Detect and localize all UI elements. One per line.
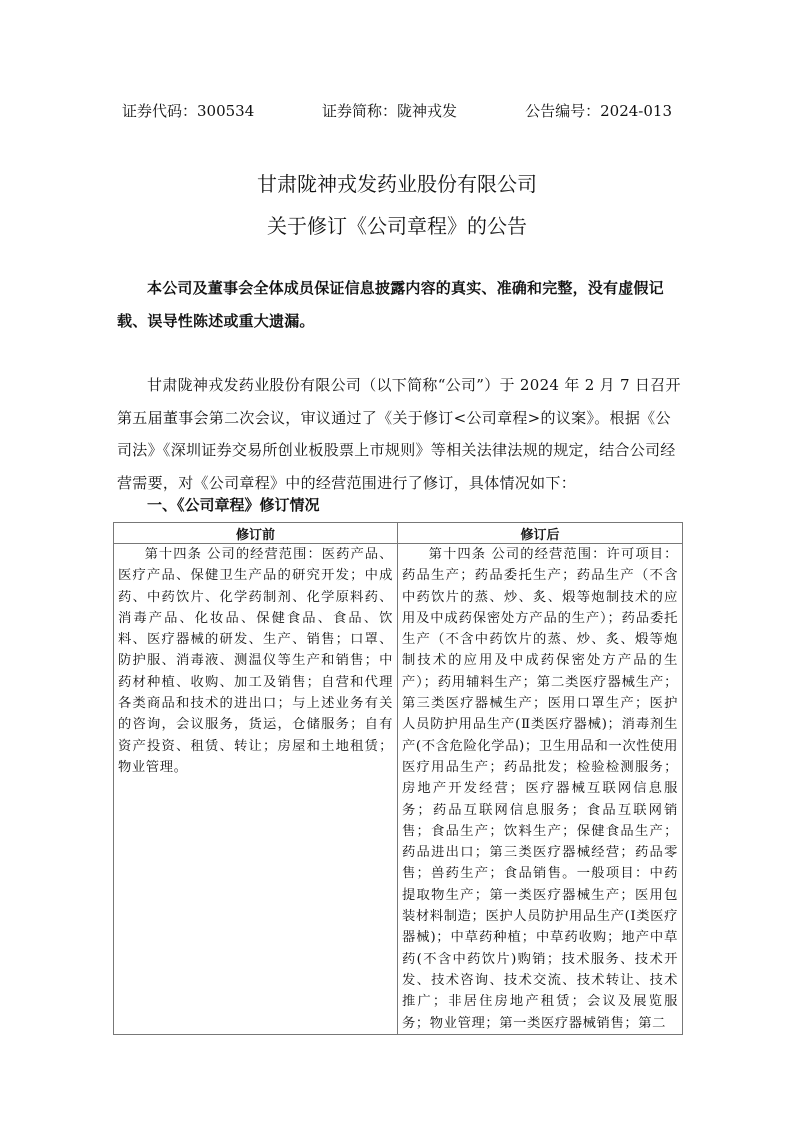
security-short-name: 证券简称：陇神戎发 bbox=[322, 100, 457, 121]
table-row: 第十四条 公司的经营范围：医药产品、医疗产品、保健卫生产品的研究开发；中成药、中… bbox=[114, 544, 683, 1035]
cell-after: 第十四条 公司的经营范围：许可项目：药品生产；药品委托生产；药品生产（不含中药饮… bbox=[398, 544, 683, 1035]
revision-table: 修订前 修订后 第十四条 公司的经营范围：医药产品、医疗产品、保健卫生产品的研究… bbox=[113, 522, 683, 1035]
board-notice: 本公司及董事会全体成员保证信息披露内容的真实、准确和完整，没有虚假记载、误导性陈… bbox=[117, 272, 683, 337]
table-header-row: 修订前 修订后 bbox=[114, 523, 683, 544]
before-text: 第十四条 公司的经营范围：医药产品、医疗产品、保健卫生产品的研究开发；中成药、中… bbox=[118, 544, 393, 778]
section-heading: 一、《公司章程》修订情况 bbox=[147, 494, 320, 515]
after-text: 第十四条 公司的经营范围：许可项目：药品生产；药品委托生产；药品生产（不含中药饮… bbox=[402, 544, 678, 1034]
announcement-title: 关于修订《公司章程》的公告 bbox=[0, 210, 794, 239]
header-after: 修订后 bbox=[398, 523, 683, 544]
header-before: 修订前 bbox=[114, 523, 398, 544]
document-header: 证券代码：300534 证券简称：陇神戎发 公告编号：2024-013 bbox=[122, 100, 672, 124]
security-code: 证券代码：300534 bbox=[122, 100, 254, 121]
body-paragraph: 甘肃陇神戎发药业股份有限公司（以下简称“公司”）于 2024 年 2 月 7 日… bbox=[117, 369, 683, 499]
cell-before: 第十四条 公司的经营范围：医药产品、医疗产品、保健卫生产品的研究开发；中成药、中… bbox=[114, 544, 398, 1035]
announcement-number: 公告编号：2024-013 bbox=[525, 100, 672, 121]
company-title: 甘肃陇神戎发药业股份有限公司 bbox=[0, 168, 794, 197]
